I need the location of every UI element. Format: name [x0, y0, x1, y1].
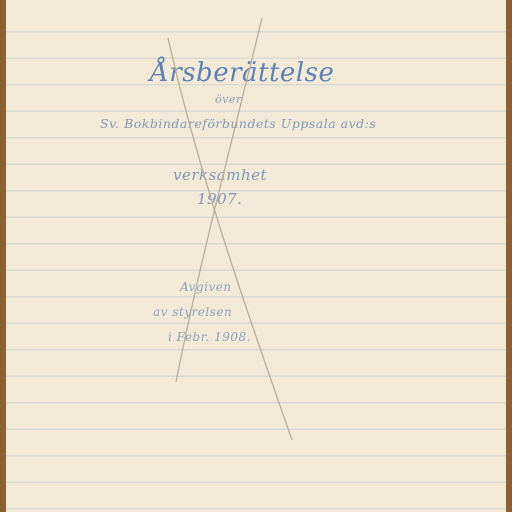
- organization-name: Sv. Bokbindareförbundets Uppsala avd:s: [100, 116, 376, 131]
- activity-label: verksamhet: [173, 166, 267, 184]
- title-preposition: över: [215, 93, 242, 106]
- by-board-label: av styrelsen: [153, 305, 232, 319]
- given-label: Avgiven: [180, 280, 232, 294]
- document-title: Årsberättelse: [150, 58, 334, 88]
- report-year: 1907.: [197, 190, 242, 208]
- issue-date: i Febr. 1908.: [168, 330, 251, 344]
